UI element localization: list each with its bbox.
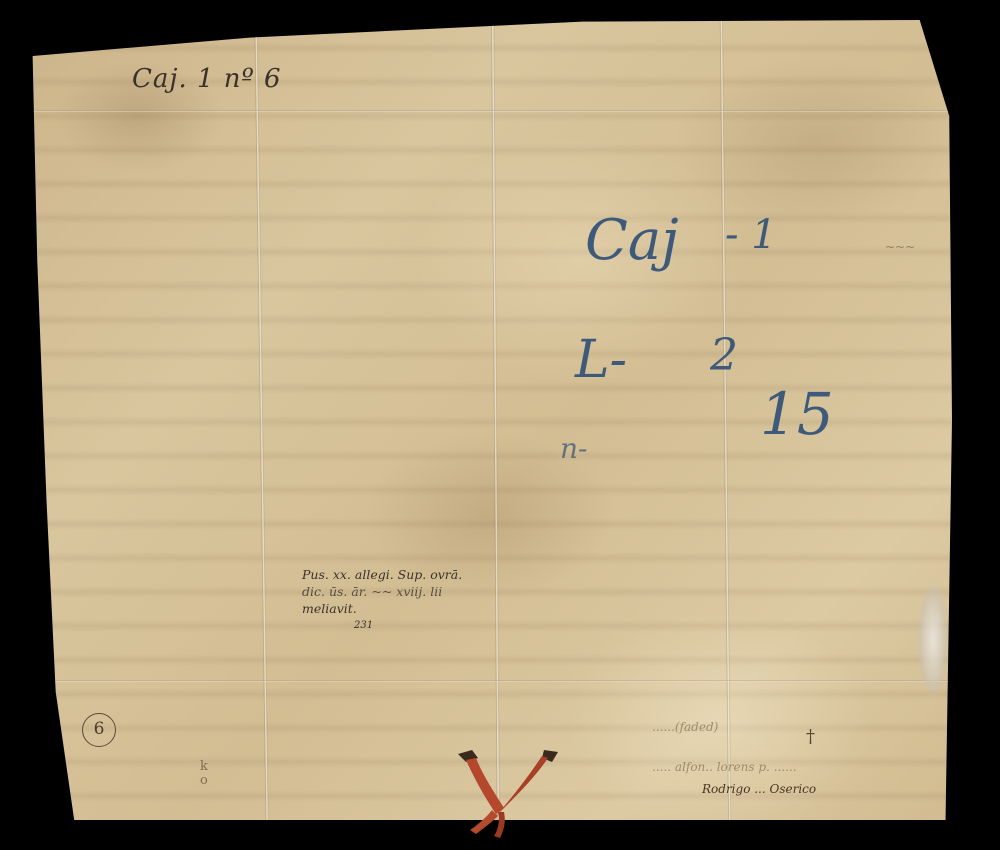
faded-line: ......(faded) — [652, 716, 932, 738]
blue-l-value: 2 — [710, 330, 738, 381]
blue-caj-value: - 1 — [725, 212, 777, 258]
faded-line: ..... alfon.. lorens p. ...... — [652, 756, 932, 778]
fold-line — [720, 20, 731, 820]
endorsement-line: meliavit. — [302, 600, 502, 617]
fold-line — [28, 110, 952, 112]
blue-caj-label: Caj — [585, 208, 679, 273]
endorsement-line: Pus. xx. allegi. Sup. ovrā. — [302, 566, 502, 583]
circled-number: 6 — [82, 713, 116, 747]
signature: Rodrigo ... Oserico — [702, 778, 932, 800]
bottom-right-notes: ......(faded) † ..... alfon.. lorens p. … — [612, 716, 932, 800]
blue-n-label: n- — [560, 432, 588, 465]
fold-line — [28, 680, 952, 682]
shelfmark-top-left: Caj. 1 nº 6 — [132, 64, 282, 94]
cross-mark-icon: † — [806, 726, 815, 748]
endorsement-number: 231 — [354, 617, 502, 634]
mark: k — [200, 760, 208, 774]
endorsement-line: dic. ūs. ār. ~~ xviij. lii — [302, 583, 502, 600]
fold-line — [491, 20, 500, 820]
faint-margin-marks: ~~~ — [885, 240, 915, 254]
fold-line — [254, 20, 268, 820]
seal-cord-icon — [452, 748, 562, 840]
parchment-tear — [918, 585, 948, 695]
blue-l-label: L- — [575, 330, 627, 390]
mark: o — [200, 774, 208, 788]
bottom-left-marks: k o — [200, 760, 208, 788]
blue-number: 15 — [760, 380, 834, 448]
endorsement-note: Pus. xx. allegi. Sup. ovrā. dic. ūs. ār.… — [302, 566, 502, 634]
